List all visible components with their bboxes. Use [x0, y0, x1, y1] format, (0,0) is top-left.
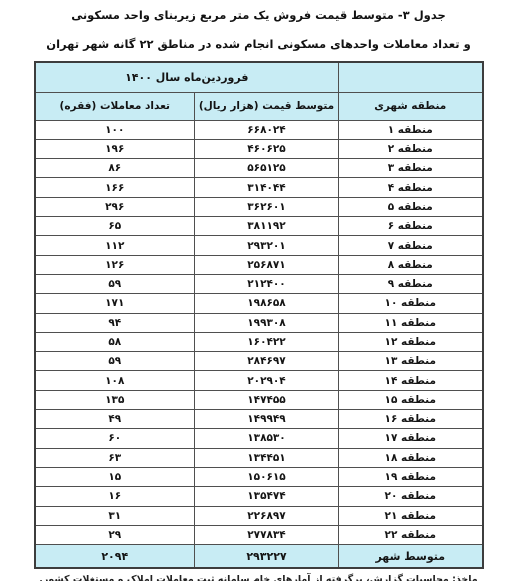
region-cell: منطقه ۷	[339, 236, 483, 255]
table-row: منطقه ۱۵۱۴۷۴۵۵۱۳۵	[35, 390, 483, 409]
price-cell: ۲۱۲۴۰۰	[195, 274, 339, 293]
table-row: منطقه ۵۳۶۲۶۰۱۲۹۶	[35, 197, 483, 216]
region-cell: منطقه ۱	[339, 120, 483, 139]
header-row-columns: منطقه شهری متوسط قیمت (هزار ریال) تعداد …	[35, 92, 483, 120]
count-cell: ۶۰	[35, 429, 195, 448]
count-cell: ۱۱۲	[35, 236, 195, 255]
count-cell: ۱۰۸	[35, 371, 195, 390]
count-cell: ۱۲۶	[35, 255, 195, 274]
count-cell: ۶۵	[35, 217, 195, 236]
region-cell: منطقه ۲۲	[339, 525, 483, 544]
region-cell: منطقه ۱۶	[339, 410, 483, 429]
region-cell: منطقه ۸	[339, 255, 483, 274]
count-cell: ۸۶	[35, 159, 195, 178]
count-cell: ۲۹	[35, 525, 195, 544]
table-header: فروردین‌ماه سال ۱۴۰۰ منطقه شهری متوسط قی…	[35, 62, 483, 121]
table-row: منطقه ۳۵۶۵۱۲۵۸۶	[35, 159, 483, 178]
price-cell: ۱۴۷۴۵۵	[195, 390, 339, 409]
count-cell: ۱۶۶	[35, 178, 195, 197]
price-cell: ۳۸۱۱۹۲	[195, 217, 339, 236]
table-row: منطقه ۱۹۱۵۰۶۱۵۱۵	[35, 467, 483, 486]
count-cell: ۵۸	[35, 332, 195, 351]
price-cell: ۵۶۵۱۲۵	[195, 159, 339, 178]
region-cell: منطقه ۱۵	[339, 390, 483, 409]
region-header-spacer-cell	[339, 62, 483, 93]
price-cell: ۲۰۲۹۰۴	[195, 371, 339, 390]
count-cell: ۱۳۵	[35, 390, 195, 409]
average-region-cell: متوسط شهر	[339, 545, 483, 569]
price-cell: ۱۳۴۴۵۱	[195, 448, 339, 467]
price-cell: ۲۲۶۸۹۷	[195, 506, 339, 525]
city-average-row: متوسط شهر ۲۹۳۲۲۷ ۲۰۹۴	[35, 545, 483, 569]
price-cell: ۱۶۰۴۲۲	[195, 332, 339, 351]
table-row: منطقه ۲۴۶۰۶۲۵۱۹۶	[35, 139, 483, 158]
count-cell: ۵۹	[35, 274, 195, 293]
count-cell: ۱۷۱	[35, 294, 195, 313]
table-row: منطقه ۴۳۱۴۰۴۴۱۶۶	[35, 178, 483, 197]
count-cell: ۶۳	[35, 448, 195, 467]
count-cell: ۱۶	[35, 487, 195, 506]
price-cell: ۴۶۰۶۲۵	[195, 139, 339, 158]
count-cell: ۱۰۰	[35, 120, 195, 139]
table-row: منطقه ۸۲۵۶۸۷۱۱۲۶	[35, 255, 483, 274]
region-cell: منطقه ۱۰	[339, 294, 483, 313]
table-row: منطقه ۱۴۲۰۲۹۰۴۱۰۸	[35, 371, 483, 390]
region-cell: منطقه ۱۹	[339, 467, 483, 486]
price-cell: ۳۶۲۶۰۱	[195, 197, 339, 216]
count-cell: ۵۹	[35, 352, 195, 371]
count-cell: ۳۱	[35, 506, 195, 525]
price-cell: ۱۹۹۳۰۸	[195, 313, 339, 332]
table-row: منطقه ۲۰۱۳۵۴۷۴۱۶	[35, 487, 483, 506]
region-cell: منطقه ۶	[339, 217, 483, 236]
region-cell: منطقه ۱۲	[339, 332, 483, 351]
table-footer: متوسط شهر ۲۹۳۲۲۷ ۲۰۹۴	[35, 545, 483, 569]
count-cell: ۲۹۶	[35, 197, 195, 216]
region-cell: منطقه ۱۷	[339, 429, 483, 448]
price-cell: ۲۹۳۲۰۱	[195, 236, 339, 255]
region-cell: منطقه ۱۴	[339, 371, 483, 390]
price-cell: ۲۸۴۶۹۷	[195, 352, 339, 371]
header-row-period: فروردین‌ماه سال ۱۴۰۰	[35, 62, 483, 93]
price-cell: ۱۵۰۶۱۵	[195, 467, 339, 486]
table-row: منطقه ۹۲۱۲۴۰۰۵۹	[35, 274, 483, 293]
region-cell: منطقه ۹	[339, 274, 483, 293]
table-title-line-2: و تعداد معاملات واحدهای مسکونی انجام شده…	[0, 38, 517, 52]
region-cell: منطقه ۱۱	[339, 313, 483, 332]
region-cell: منطقه ۵	[339, 197, 483, 216]
count-cell: ۹۴	[35, 313, 195, 332]
table-row: منطقه ۱۳۲۸۴۶۹۷۵۹	[35, 352, 483, 371]
housing-price-table: فروردین‌ماه سال ۱۴۰۰ منطقه شهری متوسط قی…	[34, 61, 484, 570]
table-row: منطقه ۱۶۶۸۰۲۴۱۰۰	[35, 120, 483, 139]
count-cell: ۱۹۶	[35, 139, 195, 158]
region-cell: منطقه ۱۳	[339, 352, 483, 371]
table-row: منطقه ۱۷۱۳۸۵۳۰۶۰	[35, 429, 483, 448]
table-row: منطقه ۱۰۱۹۸۶۵۸۱۷۱	[35, 294, 483, 313]
table-row: منطقه ۱۸۱۳۴۴۵۱۶۳	[35, 448, 483, 467]
table-row: منطقه ۲۲۲۷۷۸۳۴۲۹	[35, 525, 483, 544]
source-note: ماخذ: محاسبات گزارش، برگرفته از آمارهای …	[0, 575, 517, 581]
report-page: جدول ۳- متوسط قیمت فروش یک متر مربع زیرب…	[0, 0, 517, 581]
price-cell: ۱۴۹۹۴۹	[195, 410, 339, 429]
table-title-line-1: جدول ۳- متوسط قیمت فروش یک متر مربع زیرب…	[0, 9, 517, 23]
average-count-cell: ۲۰۹۴	[35, 545, 195, 569]
count-column-header: تعداد معاملات (فقره)	[35, 92, 195, 120]
region-cell: منطقه ۴	[339, 178, 483, 197]
table-row: منطقه ۶۳۸۱۱۹۲۶۵	[35, 217, 483, 236]
region-cell: منطقه ۲۰	[339, 487, 483, 506]
price-cell: ۲۵۶۸۷۱	[195, 255, 339, 274]
region-cell: منطقه ۱۸	[339, 448, 483, 467]
table-row: منطقه ۱۱۱۹۹۳۰۸۹۴	[35, 313, 483, 332]
price-cell: ۳۱۴۰۴۴	[195, 178, 339, 197]
table-row: منطقه ۷۲۹۳۲۰۱۱۱۲	[35, 236, 483, 255]
price-cell: ۲۷۷۸۳۴	[195, 525, 339, 544]
price-cell: ۱۳۸۵۳۰	[195, 429, 339, 448]
price-cell: ۶۶۸۰۲۴	[195, 120, 339, 139]
region-column-header: منطقه شهری	[339, 92, 483, 120]
table-row: منطقه ۲۱۲۲۶۸۹۷۳۱	[35, 506, 483, 525]
price-column-header: متوسط قیمت (هزار ریال)	[195, 92, 339, 120]
region-cell: منطقه ۳	[339, 159, 483, 178]
table-row: منطقه ۱۲۱۶۰۴۲۲۵۸	[35, 332, 483, 351]
price-cell: ۱۳۵۴۷۴	[195, 487, 339, 506]
count-cell: ۱۵	[35, 467, 195, 486]
table-row: منطقه ۱۶۱۴۹۹۴۹۴۹	[35, 410, 483, 429]
region-cell: منطقه ۲	[339, 139, 483, 158]
period-header-cell: فروردین‌ماه سال ۱۴۰۰	[35, 62, 339, 93]
table-body: منطقه ۱۶۶۸۰۲۴۱۰۰منطقه ۲۴۶۰۶۲۵۱۹۶منطقه ۳۵…	[35, 120, 483, 545]
price-cell: ۱۹۸۶۵۸	[195, 294, 339, 313]
count-cell: ۴۹	[35, 410, 195, 429]
region-cell: منطقه ۲۱	[339, 506, 483, 525]
average-price-cell: ۲۹۳۲۲۷	[195, 545, 339, 569]
